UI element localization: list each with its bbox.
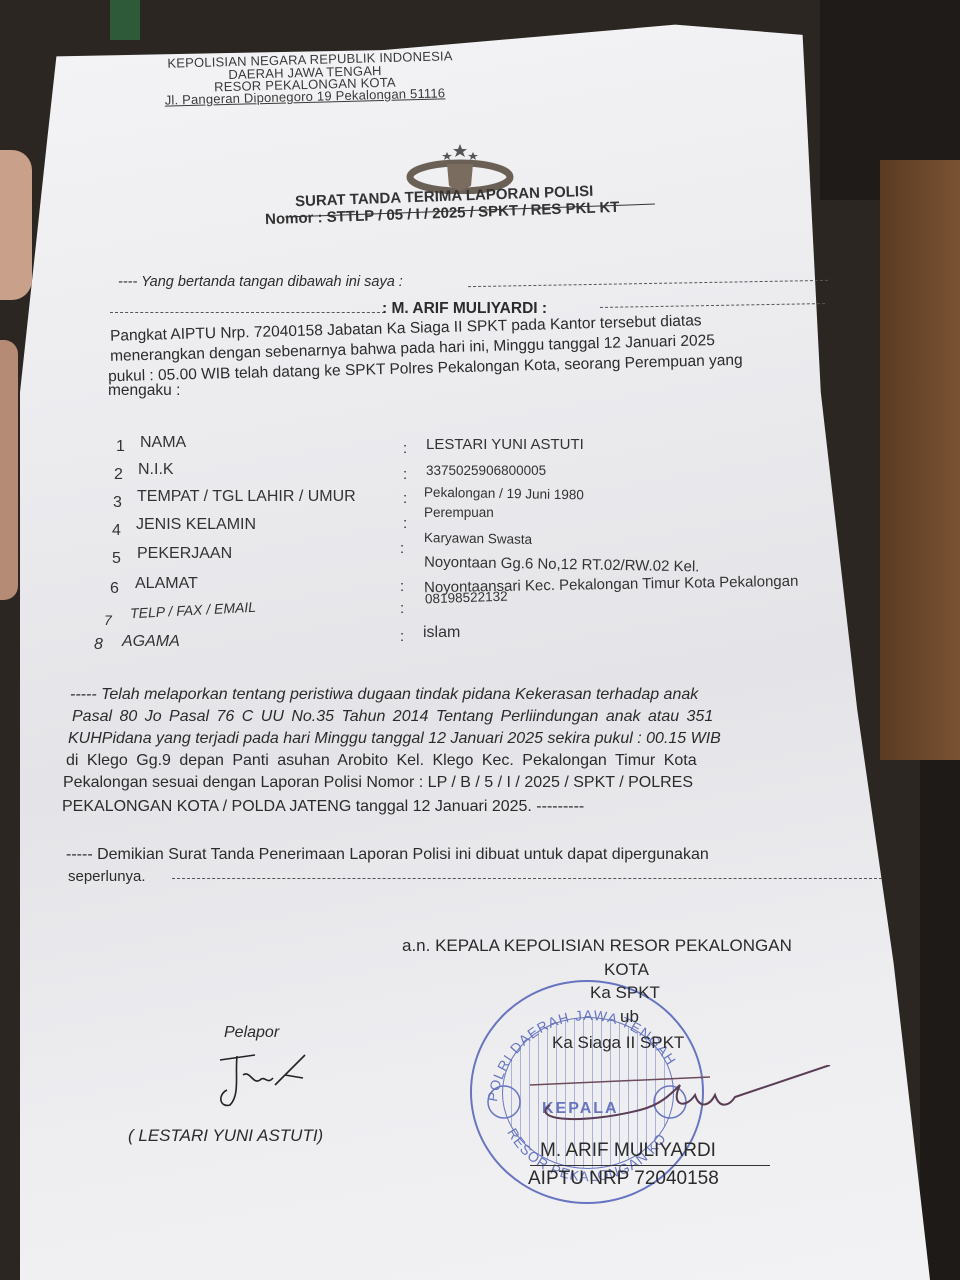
field-label: JENIS KELAMIN [136, 516, 256, 534]
field-value-phone: 08198522132 [425, 589, 508, 607]
background-table [880, 160, 960, 760]
report-line6: PEKALONGAN KOTA / POLDA JATENG tanggal 1… [62, 798, 584, 816]
report-line4: di Klego Gg.9 depan Panti asuhan Arobito… [66, 752, 697, 770]
reporter-signature [215, 1050, 315, 1110]
officer-rank-nrp: AIPTU NRP 72040158 [528, 1168, 719, 1190]
dash-fill [110, 312, 385, 313]
reporter-signed-name: ( LESTARI YUNI ASTUTI) [128, 1126, 323, 1146]
field-label: PEKERJAAN [137, 545, 232, 563]
field-value-name: LESTARI YUNI ASTUTI [426, 436, 584, 453]
officer-signature [520, 1065, 840, 1135]
report-line5: Pekalongan sesuai dengan Laporan Polisi … [63, 774, 693, 792]
field-number: 1 [116, 438, 125, 456]
position-label: Ka Siaga II SPKT [552, 1033, 684, 1053]
report-line1: ----- Telah melaporkan tentang peristiwa… [70, 686, 698, 704]
on-behalf-city: KOTA [604, 960, 649, 980]
field-value-occupation: Karyawan Swasta [424, 530, 532, 547]
field-number: 7 [104, 612, 112, 628]
field-label: TEMPAT / TGL LAHIR / UMUR [137, 488, 356, 506]
report-line2: Pasal 80 Jo Pasal 76 C UU No.35 Tahun 20… [72, 708, 713, 726]
field-number: 8 [94, 636, 103, 654]
hand-fingers [0, 150, 32, 300]
on-behalf-line: a.n. KEPALA KEPOLISIAN RESOR PEKALONGAN [402, 936, 792, 956]
field-value-birth: Pekalongan / 19 Juni 1980 [424, 485, 584, 503]
field-value-religion: islam [423, 624, 460, 642]
field-number: 2 [114, 466, 123, 484]
closing-line1: ----- Demikian Surat Tanda Penerimaan La… [66, 846, 709, 864]
field-value-nik: 3375025906800005 [426, 463, 546, 478]
unit-label: Ka SPKT [590, 983, 660, 1003]
report-line3: KUHPidana yang terjadi pada hari Minggu … [68, 730, 721, 748]
field-label: AGAMA [122, 633, 180, 651]
reporter-role: Pelapor [224, 1024, 279, 1042]
field-number: 3 [113, 494, 122, 512]
field-number: 4 [112, 522, 121, 540]
background-shadow-bottom [920, 760, 960, 1280]
signer-lead: ---- Yang bertanda tangan dibawah ini sa… [118, 274, 403, 290]
officer-name: : M. ARIF MULIYARDI : [382, 300, 547, 318]
signature-name-underline [530, 1165, 770, 1166]
field-number: 6 [110, 580, 119, 598]
dash-fill [172, 878, 882, 879]
ub-label: ub [620, 1007, 639, 1027]
hand-thumb [0, 340, 18, 600]
field-label: NAMA [140, 434, 186, 452]
field-label: N.I.K [138, 461, 174, 479]
officer-signed-name: M. ARIF MULIYARDI [540, 1140, 716, 1162]
field-number: 5 [112, 550, 121, 568]
closing-line2: seperlunya. [68, 868, 146, 885]
field-label: ALAMAT [135, 575, 198, 593]
intro-paragraph-line4: mengaku : [108, 382, 180, 400]
field-value-gender: Perempuan [424, 505, 494, 520]
background-object [110, 0, 140, 40]
